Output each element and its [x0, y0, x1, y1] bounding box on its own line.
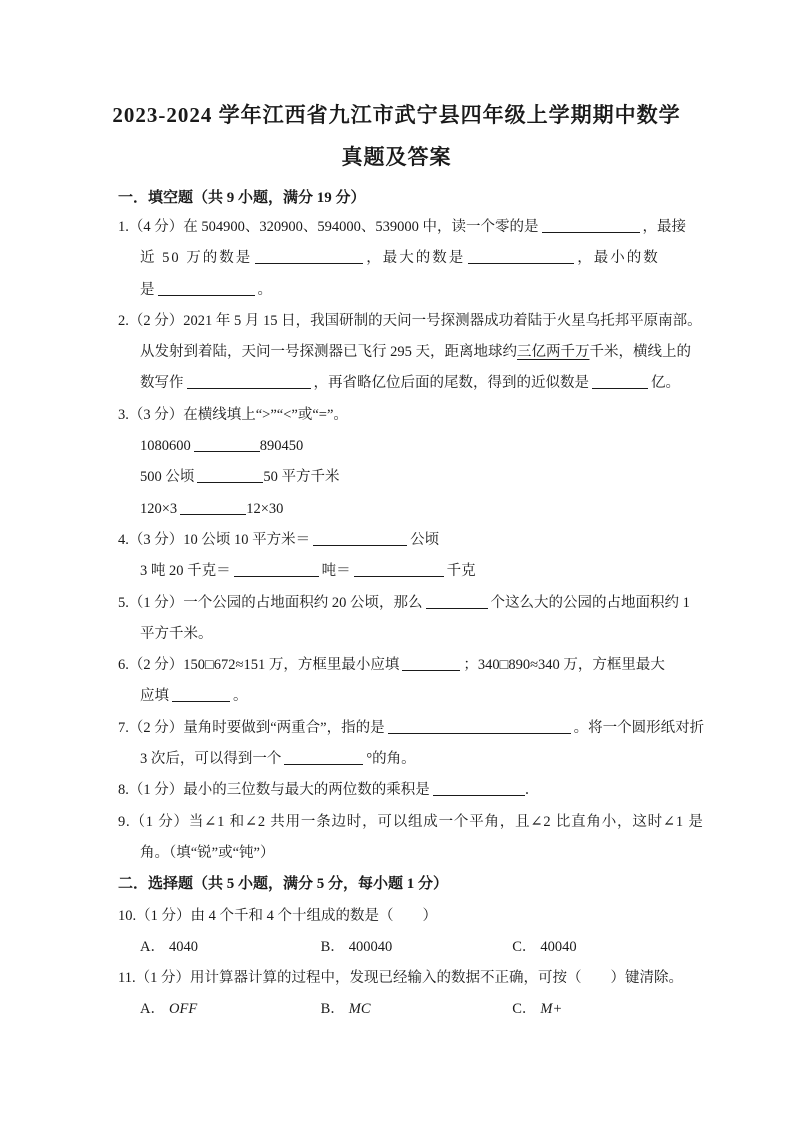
option-c: C．M+	[512, 994, 562, 1025]
question-4-line-1: 4.（3 分）10 公顷 10 平方米＝公顷	[118, 525, 684, 556]
question-8-line-1: 8.（1 分）最小的三位数与最大的两位数的乘积是．	[118, 775, 684, 806]
blank-field	[234, 561, 319, 577]
question-11-line-1: 11.（1 分）用计算器计算的过程中，发现已经输入的数据不正确，可按（ ）键清除…	[118, 963, 684, 994]
question-4-line-2: 3 吨 20 千克＝吨＝千克	[118, 556, 684, 587]
blank-field	[180, 499, 246, 515]
blank-field	[542, 217, 640, 233]
blank-field	[592, 373, 648, 389]
question-11-options: A．OFF B．MC C．M+	[118, 994, 684, 1025]
question-7-line-1: 7.（2 分）量角时要做到“两重合”，指的是。将一个圆形纸对折	[118, 713, 684, 744]
question-10-line-1: 10.（1 分）由 4 个千和 4 个十组成的数是（ ）	[118, 901, 684, 932]
question-3-line-1: 3.（3 分）在横线填上“>”“<”或“=”。	[118, 400, 684, 431]
blank-field	[388, 718, 571, 734]
question-3-compare-1: 1080600890450	[118, 431, 684, 462]
option-c: C．40040	[512, 932, 576, 963]
blank-field	[255, 248, 363, 264]
page-title-line-1: 2023-2024 学年江西省九江市武宁县四年级上学期期中数学	[0, 99, 793, 129]
option-b: B．MC	[321, 994, 509, 1025]
question-6-line-1: 6.（2 分）150□672≈151 万，方框里最小应填；340□890≈340…	[118, 650, 684, 681]
option-a: A．4040	[140, 932, 317, 963]
question-9-line-2: 角。（填“锐”或“钝”）	[118, 838, 684, 869]
blank-field	[187, 373, 311, 389]
question-5-line-2: 平方千米。	[118, 619, 684, 650]
exam-document-page: 2023-2024 学年江西省九江市武宁县四年级上学期期中数学 真题及答案 一．…	[0, 0, 793, 1122]
question-7-line-2: 3 次后，可以得到一个°的角。	[118, 744, 684, 775]
blank-field	[426, 593, 488, 609]
question-9-line-1: 9.（1 分）当∠1 和∠2 共用一条边时，可以组成一个平角，且∠2 比直角小，…	[118, 807, 684, 838]
question-6-line-2: 应填。	[118, 681, 684, 712]
question-3-compare-3: 120×312×30	[118, 494, 684, 525]
blank-field	[433, 780, 525, 796]
blank-field	[197, 467, 263, 483]
blank-field	[158, 280, 255, 296]
question-2-line-3: 数写作，再省略亿位后面的尾数，得到的近似数是亿。	[118, 368, 684, 399]
question-3-compare-2: 500 公顷50 平方千米	[118, 462, 684, 493]
question-1-line-3: 是。	[118, 275, 684, 306]
option-b: B．400040	[321, 932, 509, 963]
question-5-line-1: 5.（1 分）一个公园的占地面积约 20 公顷，那么个这么大的公园的占地面积约 …	[118, 588, 684, 619]
question-1-line-1: 1.（4 分）在 504900、320900、594000、539000 中，读…	[118, 212, 684, 243]
question-1-line-2: 近 50 万的数是，最大的数是，最小的数	[118, 243, 684, 274]
option-a: A．OFF	[140, 994, 317, 1025]
blank-field	[172, 686, 230, 702]
underlined-phrase: 三亿两千万	[517, 344, 590, 360]
blank-field	[354, 561, 444, 577]
blank-field	[194, 436, 260, 452]
question-2-line-2: 从发射到着陆，天问一号探测器已飞行 295 天，距离地球约三亿两千万千米，横线上…	[118, 337, 684, 368]
blank-field	[284, 749, 363, 765]
question-2-line-1: 2.（2 分）2021 年 5 月 15 日，我国研制的天问一号探测器成功着陆于…	[118, 306, 684, 337]
blank-field	[468, 248, 574, 264]
section-2-heading: 二．选择题（共 5 小题，满分 5 分，每小题 1 分）	[118, 869, 684, 900]
blank-field	[313, 530, 407, 546]
section-1-heading: 一．填空题（共 9 小题，满分 19 分）	[118, 186, 366, 207]
blank-field	[402, 655, 460, 671]
page-title-line-2: 真题及答案	[0, 141, 793, 171]
question-10-options: A．4040 B．400040 C．40040	[118, 932, 684, 963]
document-body: 1.（4 分）在 504900、320900、594000、539000 中，读…	[118, 212, 684, 1026]
